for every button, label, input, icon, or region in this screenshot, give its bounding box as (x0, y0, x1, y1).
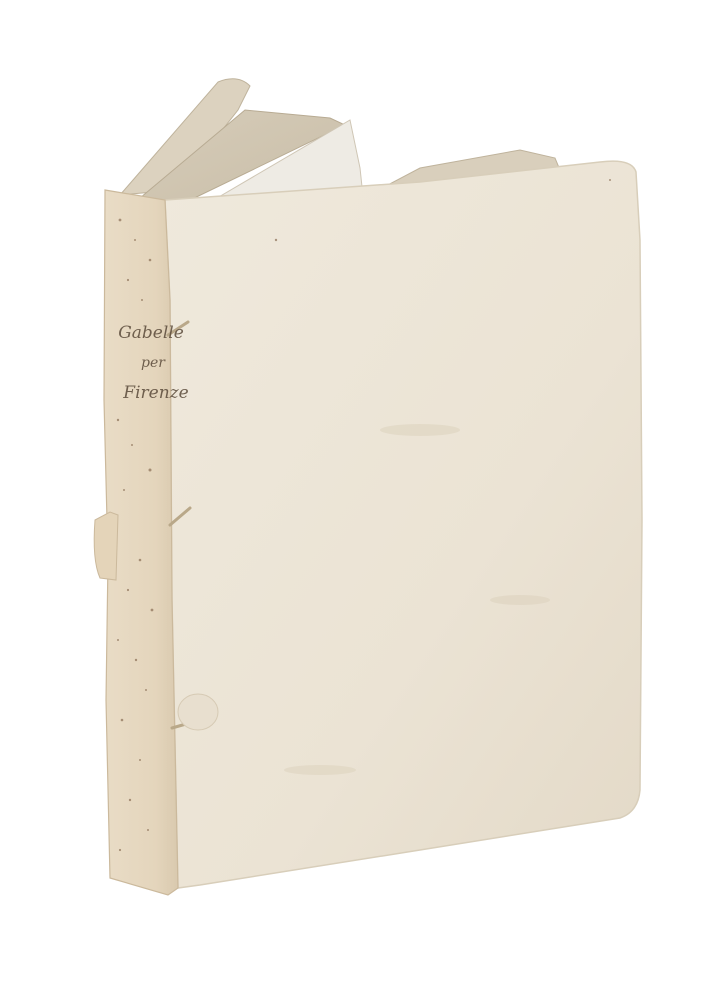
book-photo: Gabelle per Firenze (0, 0, 728, 1000)
spine-handwritten-title: Gabelle per Firenze (104, 318, 204, 408)
stain (178, 694, 218, 730)
spine-title-line-1: Gabelle (98, 318, 204, 348)
spine-title-line-3: Firenze (108, 378, 204, 408)
clasp-tab (94, 512, 118, 580)
spine-title-line-2: per (102, 348, 204, 378)
book-illustration (0, 0, 728, 1000)
front-cover (165, 161, 642, 888)
